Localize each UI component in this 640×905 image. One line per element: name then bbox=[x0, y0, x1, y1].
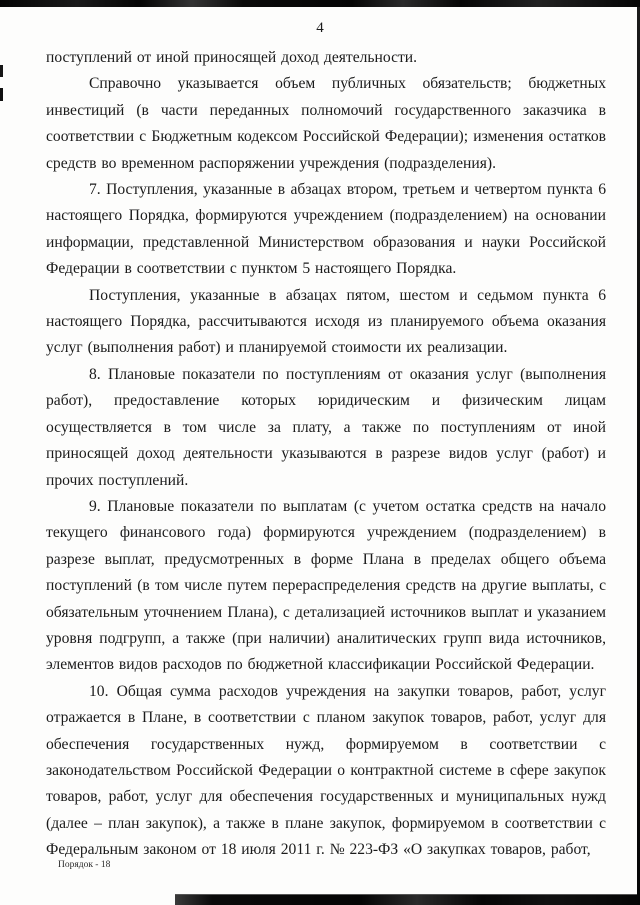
para-continuation: поступлений от иной приносящей доход дея… bbox=[46, 45, 606, 71]
scan-edge-left-tick bbox=[0, 65, 3, 77]
para-item-10: 10. Общая сумма расходов учреждения на з… bbox=[46, 679, 606, 864]
para-spravochno: Справочно указывается объем публичных об… bbox=[46, 71, 606, 177]
page-number: 4 bbox=[0, 20, 640, 37]
footer-document-code: Порядок - 18 bbox=[58, 860, 110, 870]
para-item-9: 9. Плановые показатели по выплатам (с уч… bbox=[46, 494, 606, 679]
document-body: поступлений от иной приносящей доход дея… bbox=[46, 45, 606, 864]
para-item-7: 7. Поступления, указанные в абзацах втор… bbox=[46, 177, 606, 283]
para-item-8: 8. Плановые показатели по поступлениям о… bbox=[46, 362, 606, 494]
scan-edge-top bbox=[0, 0, 640, 7]
scanned-document-page: 4 поступлений от иной приносящей доход д… bbox=[0, 0, 640, 905]
scan-edge-left-tick bbox=[0, 88, 3, 101]
para-item-7-second: Поступления, указанные в абзацах пятом, … bbox=[46, 283, 606, 362]
scan-edge-bottom bbox=[175, 894, 640, 905]
